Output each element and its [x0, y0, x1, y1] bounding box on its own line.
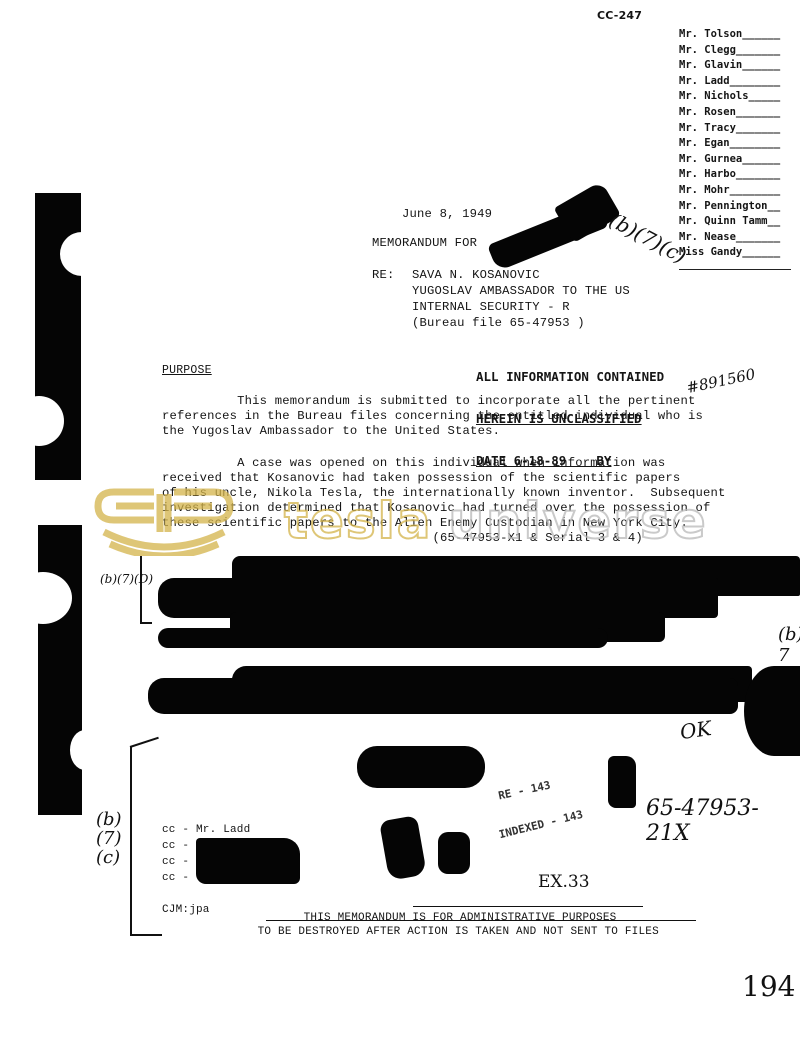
cc-line: cc - [162, 856, 189, 868]
routing-item: Mr. Nease_______ [679, 230, 791, 246]
file-number-handwritten: 65-47953-21X [646, 796, 800, 846]
exemption-part: (7) [96, 829, 122, 848]
routing-item: Mr. Tolson______ [679, 27, 791, 43]
routing-item: Mr. Quinn Tamm__ [679, 214, 791, 230]
strike-line [413, 906, 643, 907]
typist-initials: CJM:jpa [162, 904, 210, 916]
routing-item: Mr. Ladd________ [679, 74, 791, 90]
memorandum-for: MEMORANDUM FOR [372, 236, 477, 250]
exemption-note-right: (b) 7 [778, 624, 800, 666]
redaction-block [744, 666, 800, 756]
section-heading-purpose: PURPOSE [162, 364, 212, 377]
ex-number: EX.33 [538, 872, 590, 892]
control-number: CC-247 [597, 9, 642, 22]
routing-item: Mr. Rosen_______ [679, 105, 791, 121]
cc-line: cc - Mr. Ladd [162, 824, 250, 836]
routing-item: Mr. Egan________ [679, 136, 791, 152]
cc-line: cc - [162, 840, 189, 852]
watermark-word: tesla [284, 492, 432, 550]
indexed-stamp: INDEXED - 143 [498, 808, 585, 842]
exemption-part: (c) [96, 848, 122, 867]
cc-line: cc - [162, 872, 189, 884]
redaction-block [438, 832, 470, 874]
stamp-line: ALL INFORMATION CONTAINED [476, 370, 664, 384]
re-label: RE: [372, 268, 395, 282]
strike-line [266, 920, 696, 921]
footer-notice-line2: TO BE DESTROYED AFTER ACTION IS TAKEN AN… [258, 926, 659, 938]
punch-hole [14, 396, 64, 446]
bracket-lower [130, 746, 162, 936]
redaction-cc [196, 838, 300, 884]
exemption-note-top: (b)(7)(c) [605, 208, 690, 268]
re-line: INTERNAL SECURITY - R [412, 300, 570, 314]
paragraph-line: references in the Bureau files concernin… [162, 409, 703, 423]
punch-hole [14, 572, 72, 624]
redaction-block [158, 628, 608, 648]
recorded-stamp: RE - 143 [497, 779, 552, 804]
redaction-block [379, 815, 427, 881]
routing-item: Mr. Nichols_____ [679, 89, 791, 105]
watermark-text: teslauniverse [284, 492, 708, 550]
routing-list: Mr. Tolson______ Mr. Clegg_______ Mr. Gl… [679, 27, 791, 270]
ok-mark: OK [678, 716, 712, 744]
redaction-block [608, 756, 636, 808]
binder-strip-bottom [38, 525, 82, 815]
punch-hole [60, 232, 104, 276]
stamp-handwritten-number: #891560 [685, 365, 757, 397]
watermark-word: universe [448, 492, 707, 550]
paragraph-line: received that Kosanovic had taken posses… [162, 471, 680, 485]
bracket-lower-bottom [130, 934, 162, 936]
redaction-block [148, 678, 738, 714]
re-line: (Bureau file 65-47953 ) [412, 316, 585, 330]
routing-item: Mr. Tracy_______ [679, 121, 791, 137]
punch-hole [70, 730, 100, 770]
bracket-left [140, 556, 152, 624]
routing-item: Mr. Harbo_______ [679, 167, 791, 183]
routing-item: Miss Gandy______ [679, 245, 791, 261]
memo-date: June 8, 1949 [402, 207, 492, 221]
paragraph-line: This memorandum is submitted to incorpor… [162, 394, 695, 408]
routing-item: Mr. Gurnea______ [679, 152, 791, 168]
routing-blank-line [679, 269, 791, 270]
routing-item: Mr. Pennington__ [679, 199, 791, 215]
redaction-block [357, 746, 485, 788]
exemption-part: (b) [96, 810, 122, 829]
routing-item: Mr. Mohr________ [679, 183, 791, 199]
watermark-logo-icon [94, 486, 234, 556]
page-number: 194 [742, 970, 795, 1003]
exemption-note-bottom: (b) (7) (c) [96, 810, 122, 867]
exemption-note-left: (b)(7)(D) [100, 572, 153, 586]
routing-item: Mr. Clegg_______ [679, 43, 791, 59]
re-line: YUGOSLAV AMBASSADOR TO THE US [412, 284, 630, 298]
re-line: SAVA N. KOSANOVIC [412, 268, 540, 282]
paragraph-line: A case was opened on this individual whe… [162, 456, 665, 470]
paragraph-line: the Yugoslav Ambassador to the United St… [162, 424, 500, 438]
routing-item: Mr. Glavin______ [679, 58, 791, 74]
footer-notice: TO BE DESTROYED AFTER ACTION IS TAKEN AN… [244, 914, 659, 938]
